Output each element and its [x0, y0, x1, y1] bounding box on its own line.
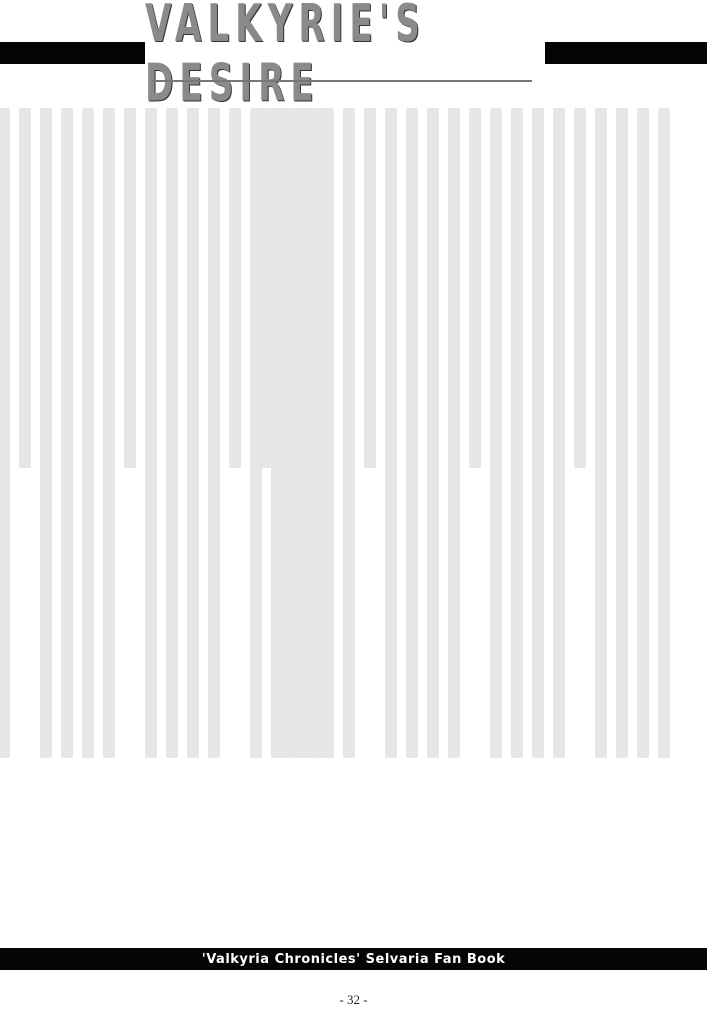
text-line-placeholder — [313, 108, 325, 758]
text-line-placeholder — [229, 108, 241, 468]
text-line-placeholder — [166, 108, 178, 758]
text-line-placeholder — [271, 108, 283, 758]
text-line-placeholder — [40, 108, 52, 758]
text-column-left — [25, 108, 325, 798]
text-line-placeholder — [616, 108, 628, 758]
text-line-placeholder — [637, 108, 649, 758]
text-line-placeholder — [343, 108, 355, 758]
text-line-placeholder — [511, 108, 523, 758]
text-line-placeholder — [292, 108, 304, 758]
text-line-placeholder — [208, 108, 220, 758]
text-line-placeholder — [82, 108, 94, 758]
text-line-placeholder — [490, 108, 502, 758]
text-line-placeholder — [19, 108, 31, 468]
text-line-placeholder — [0, 108, 10, 758]
text-line-placeholder — [658, 108, 670, 758]
text-column-right — [360, 108, 670, 798]
text-line-placeholder — [595, 108, 607, 758]
text-line-placeholder — [145, 108, 157, 758]
text-line-placeholder — [61, 108, 73, 758]
text-line-placeholder — [448, 108, 460, 758]
header-underline — [152, 80, 532, 82]
text-line-placeholder — [532, 108, 544, 758]
footer-bar: 'Valkyria Chronicles' Selvaria Fan Book — [0, 948, 707, 970]
text-line-placeholder — [553, 108, 565, 758]
text-line-placeholder — [103, 108, 115, 758]
text-line-placeholder — [574, 108, 586, 468]
text-line-placeholder — [427, 108, 439, 758]
text-line-placeholder — [406, 108, 418, 758]
text-line-placeholder — [250, 108, 262, 758]
text-line-placeholder — [364, 108, 376, 468]
text-line-placeholder — [469, 108, 481, 468]
text-line-placeholder — [124, 108, 136, 468]
text-line-placeholder — [385, 108, 397, 758]
footer-title: 'Valkyria Chronicles' Selvaria Fan Book — [202, 952, 506, 967]
text-line-placeholder — [187, 108, 199, 758]
page-number: - 32 - — [0, 992, 707, 1008]
